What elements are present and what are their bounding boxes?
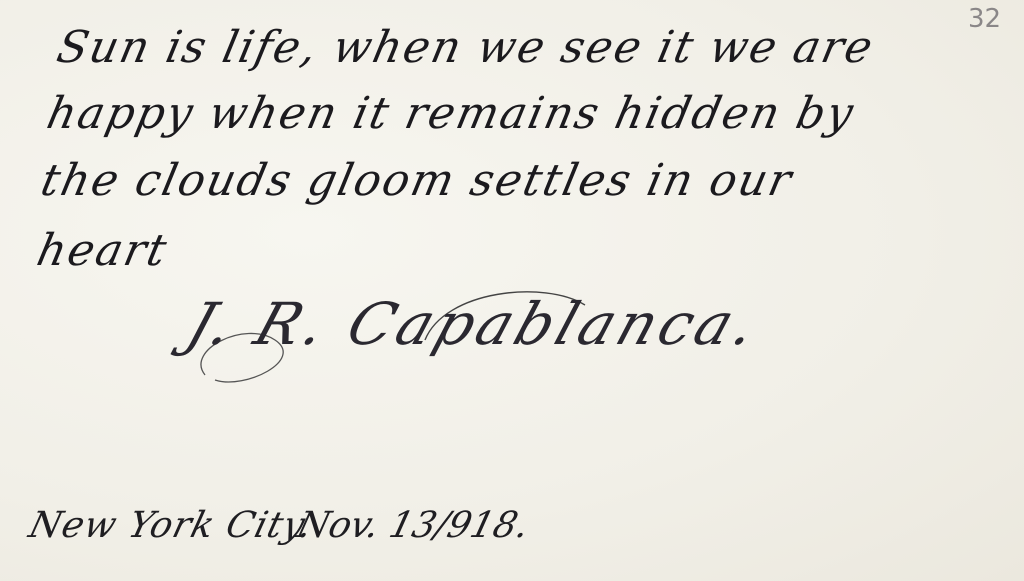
page-number: 32 [968,4,1001,34]
date-text: Nov. 13/918. [293,505,533,546]
text-line-2: happy when it remains hidden by [43,88,860,139]
signature: J. R. Capablanca. [179,290,769,358]
text-line-3: the clouds gloom settles in our [37,155,798,206]
text-line-4: heart [33,225,173,276]
place-text: New York City. [25,505,318,546]
text-line-1: Sun is life, when we see it we are [53,22,879,73]
